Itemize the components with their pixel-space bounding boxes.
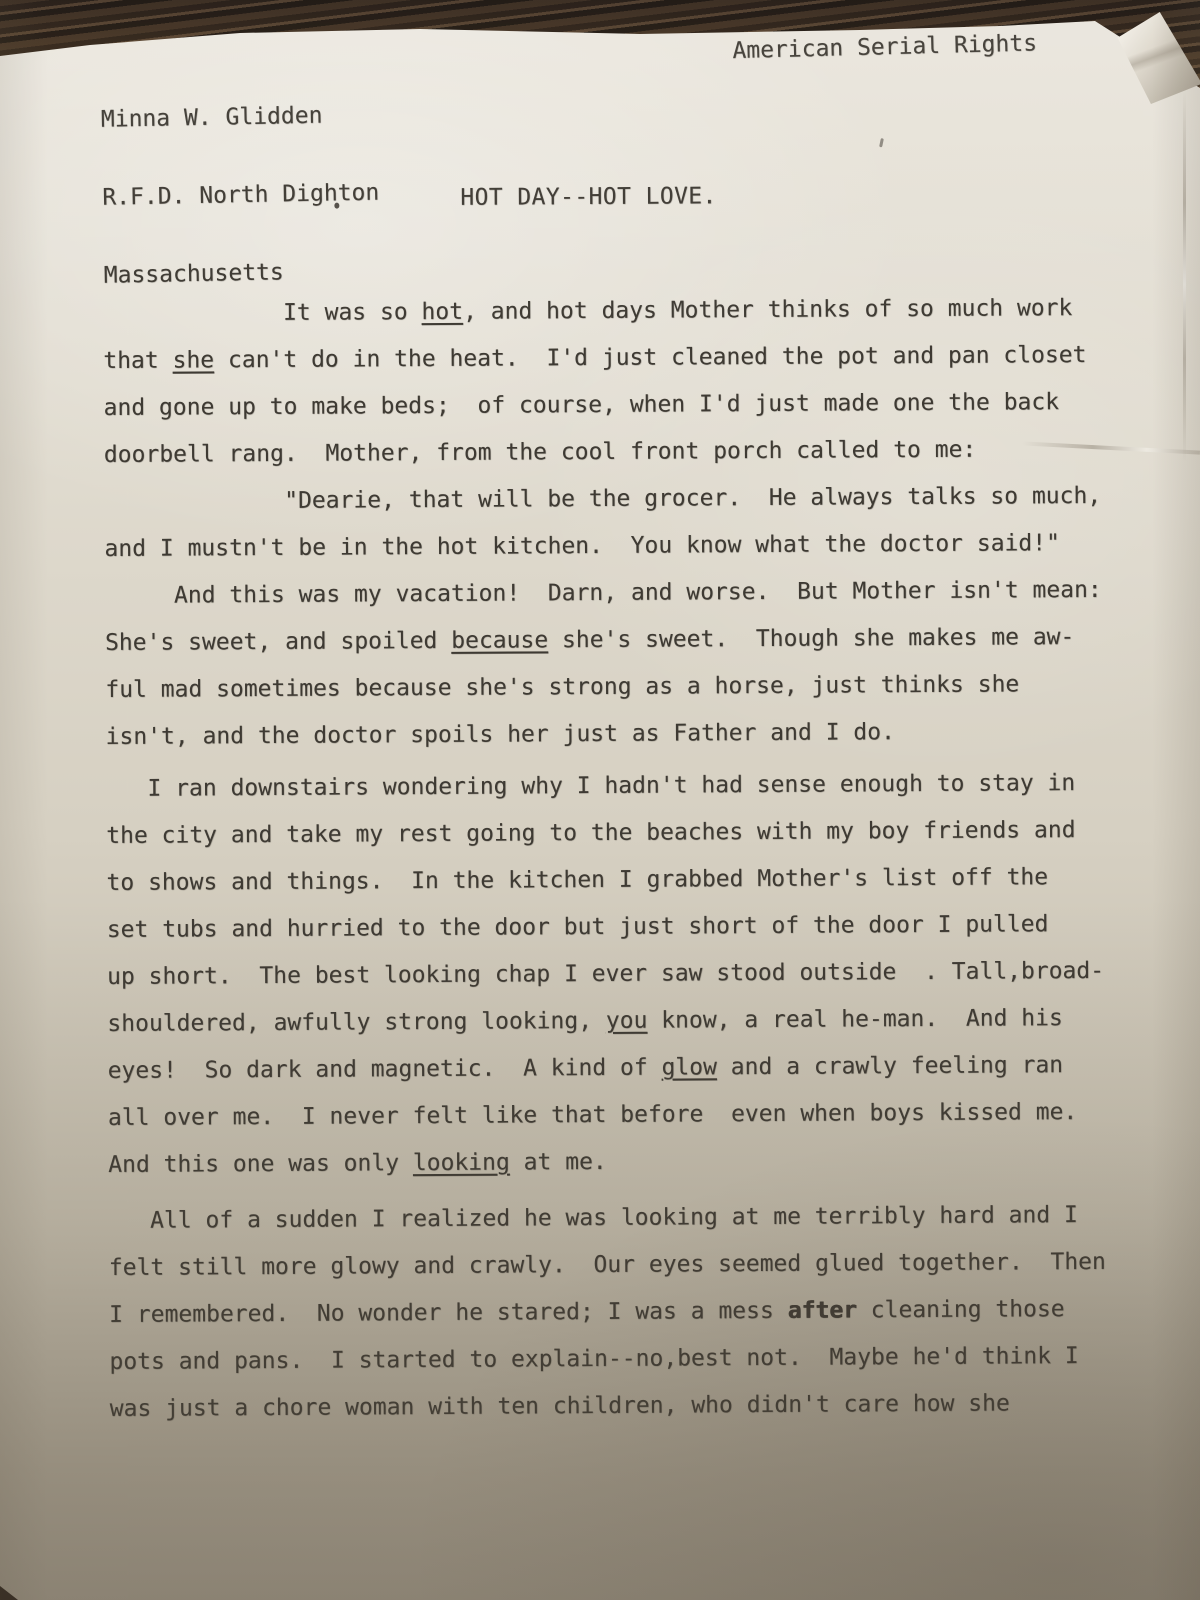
typewritten-text: All of a sudden I realized he was lookin… <box>108 1202 1077 1234</box>
typewritten-text: and a crawly feeling ran <box>717 1052 1063 1080</box>
underlined-text: hot <box>421 299 463 325</box>
manuscript-line: was just a chore woman with ten children… <box>110 1380 1170 1433</box>
typewritten-text: set tubs and hurried to the door but jus… <box>107 911 1049 943</box>
typewritten-text: She's sweet, and spoiled <box>105 628 451 656</box>
typewritten-text: , and hot days Mother thinks of so much … <box>463 295 1072 325</box>
typewritten-text: And this was my vacation! Darn, and wors… <box>105 577 1102 609</box>
typewritten-text: all over me. I never felt like that befo… <box>108 1099 1077 1131</box>
typewritten-text: ful mad sometimes because she's strong a… <box>105 671 1019 703</box>
underlined-text: glow <box>661 1054 717 1080</box>
typewritten-text: I ran downstairs wondering why I hadn't … <box>106 770 1075 802</box>
manuscript-line: and I mustn't be in the hot kitchen. You… <box>104 520 1164 573</box>
typewritten-text: eyes! So dark and magnetic. A kind of <box>108 1055 662 1084</box>
typewritten-text: at me. <box>510 1149 607 1176</box>
overstruck-text: after <box>788 1297 857 1323</box>
underlined-text: she <box>172 347 214 373</box>
typewritten-text: the city and take my rest going to the b… <box>106 817 1075 849</box>
typewritten-text: And this one was only <box>108 1150 413 1178</box>
story-title: HOT DAY--HOT LOVE. <box>460 183 717 211</box>
manuscript-line: the city and take my rest going to the b… <box>106 807 1166 860</box>
typewritten-text: I remembered. No wonder he stared; I was… <box>109 1298 788 1328</box>
manuscript-line: to shows and things. In the kitchen I gr… <box>106 854 1166 907</box>
manuscript-line: I remembered. No wonder he stared; I was… <box>109 1286 1169 1339</box>
manuscript-line: She's sweet, and spoiled because she's s… <box>105 614 1165 667</box>
author-address-state: Massachusetts <box>104 258 381 289</box>
typewritten-text: to shows and things. In the kitchen I gr… <box>106 864 1048 896</box>
typewritten-text: she's sweet. Though she makes me aw- <box>548 624 1074 653</box>
ink-speck <box>334 203 339 209</box>
typewritten-text: and I mustn't be in the hot kitchen. You… <box>104 530 1060 562</box>
manuscript-line: set tubs and hurried to the door but jus… <box>107 901 1167 954</box>
manuscript-line: ful mad sometimes because she's strong a… <box>105 661 1165 714</box>
manuscript-line: eyes! So dark and magnetic. A kind of gl… <box>108 1042 1168 1095</box>
typewritten-text: that <box>103 348 172 374</box>
manuscript-line: And this was my vacation! Darn, and wors… <box>105 567 1165 620</box>
manuscript-line: that she can't do in the heat. I'd just … <box>103 332 1163 385</box>
typewritten-text: shouldered, awfully strong looking, <box>107 1008 606 1037</box>
typewritten-text: and gone up to make beds; of course, whe… <box>104 389 1060 421</box>
typewritten-text: isn't, and the doctor spoils her just as… <box>106 719 895 750</box>
typewritten-text: can't do in the heat. I'd just cleaned t… <box>214 342 1087 373</box>
manuscript-lines: It was so hot, and hot days Mother think… <box>103 285 1170 1433</box>
manuscript-line: All of a sudden I realized he was lookin… <box>108 1192 1168 1245</box>
underlined-text: you <box>606 1008 648 1034</box>
typewritten-text: was just a chore woman with ten children… <box>110 1391 1010 1422</box>
ink-speck <box>879 138 884 147</box>
typewritten-text: felt still more glowy and crawly. Our ey… <box>109 1249 1106 1281</box>
underlined-text: because <box>451 627 548 654</box>
underlined-text: looking <box>413 1150 510 1177</box>
manuscript-line: shouldered, awfully strong looking, you … <box>107 995 1167 1048</box>
manuscript-line: pots and pans. I started to explain--no,… <box>109 1333 1169 1386</box>
manuscript-line: I ran downstairs wondering why I hadn't … <box>106 760 1166 813</box>
typewritten-text: "Dearie, that will be the grocer. He alw… <box>104 483 1101 515</box>
typewritten-text: doorbell rang. Mother, from the cool fro… <box>104 437 977 468</box>
manuscript-line: isn't, and the doctor spoils her just as… <box>105 708 1165 761</box>
rights-notice: American Serial Rights <box>732 30 1037 64</box>
manuscript-line: felt still more glowy and crawly. Our ey… <box>109 1239 1169 1292</box>
author-name: Minna W. Glidden <box>101 102 378 133</box>
typewritten-text: pots and pans. I started to explain--no,… <box>109 1343 1078 1375</box>
manuscript-line: It was so hot, and hot days Mother think… <box>103 285 1163 338</box>
manuscript-line: And this one was only looking at me. <box>108 1136 1168 1189</box>
typewritten-text: up short. The best looking chap I ever s… <box>107 958 1104 990</box>
typewritten-text: It was so <box>103 299 422 327</box>
typewritten-text: cleaning those <box>857 1296 1065 1323</box>
typed-content: Minna W. Glidden R.F.D. North Dighton Ma… <box>0 0 1200 1600</box>
typewritten-text: know, a real he-man. And his <box>647 1005 1063 1034</box>
manuscript-line: "Dearie, that will be the grocer. He alw… <box>104 473 1164 526</box>
manuscript-line: all over me. I never felt like that befo… <box>108 1089 1168 1142</box>
photo-of-manuscript: Minna W. Glidden R.F.D. North Dighton Ma… <box>0 0 1200 1600</box>
manuscript-line: and gone up to make beds; of course, whe… <box>103 379 1163 432</box>
manuscript-line: up short. The best looking chap I ever s… <box>107 948 1167 1001</box>
manuscript-line: doorbell rang. Mother, from the cool fro… <box>104 426 1164 479</box>
